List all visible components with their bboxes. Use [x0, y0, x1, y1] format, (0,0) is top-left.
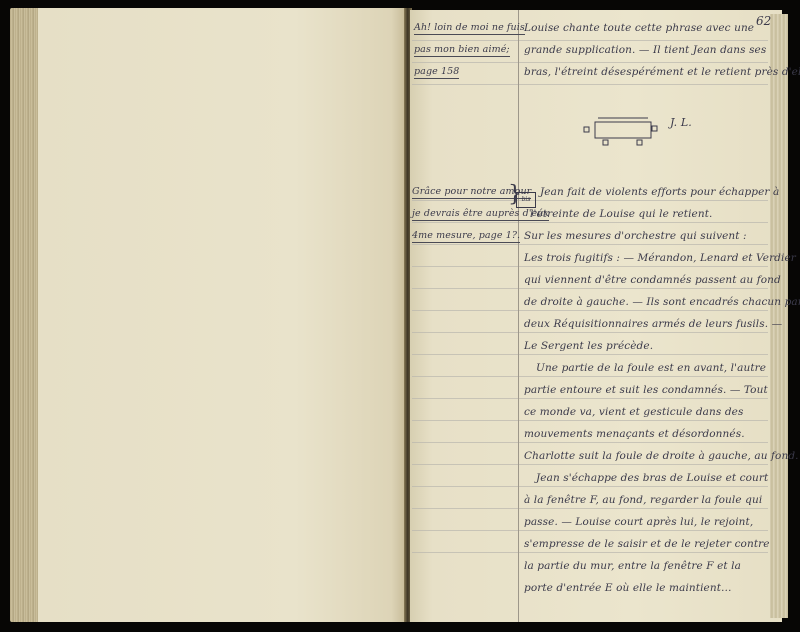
text-line: de droite à gauche. — Ils sont encadrés …: [524, 296, 800, 308]
text-line: à la fenêtre F, au fond, regarder la fou…: [524, 494, 762, 506]
left-page-stack-edges: [10, 8, 40, 622]
ruled-line: [412, 222, 768, 223]
margin-note-line: page 158: [414, 66, 459, 79]
ruled-line: [412, 40, 768, 41]
ruled-line: [412, 200, 768, 201]
text-line: Une partie de la foule est en avant, l'a…: [536, 362, 766, 374]
right-page-stack-edges: [770, 14, 788, 618]
ruled-line: [412, 376, 768, 377]
open-book: 62 Ah! loin de moi ne fuis pas mon bien …: [0, 0, 800, 632]
ruled-line: [412, 398, 768, 399]
ruled-line: [412, 464, 768, 465]
text-line: s'empresse de le saisir et de le rejeter…: [524, 538, 770, 550]
ruled-line: [412, 442, 768, 443]
ruled-line: [412, 266, 768, 267]
text-line: passe. — Louise court après lui, le rejo…: [524, 516, 753, 528]
left-page-blank: [38, 8, 406, 622]
ruled-line: [412, 310, 768, 311]
text-line: Les trois fugitifs : — Mérandon, Lenard …: [524, 252, 796, 264]
text-line: qui viennent d'être condamnés passent au…: [524, 274, 781, 286]
text-line: ce monde va, vient et gesticule dans des: [524, 406, 743, 418]
ruled-line: [412, 332, 768, 333]
ruled-line: [412, 62, 768, 63]
ruled-line: [412, 288, 768, 289]
ruled-line: [412, 420, 768, 421]
ruled-line: [412, 84, 768, 85]
ruled-line: [412, 508, 768, 509]
text-line: Jean s'échappe des bras de Louise et cou…: [536, 472, 768, 484]
margin-note-line: Ah! loin de moi ne fuis: [414, 22, 525, 35]
ruled-line: [412, 354, 768, 355]
diagram-label: J. L.: [670, 116, 692, 129]
text-line: grande supplication. — Il tient Jean dan…: [524, 44, 766, 56]
text-line: porte d'entrée E où elle le maintient…: [524, 582, 732, 594]
margin-note-line: je devrais être auprès d'eux: [412, 208, 549, 221]
text-line: Jean fait de violents efforts pour échap…: [540, 186, 779, 198]
text-line: Louise chante toute cette phrase avec un…: [524, 22, 754, 34]
text-line: mouvements menaçants et désordonnés.: [524, 428, 745, 440]
ruled-line: [412, 552, 768, 553]
margin-note-line: pas mon bien aimé;: [414, 44, 510, 57]
page-number: 62: [756, 14, 771, 28]
ruled-line: [412, 486, 768, 487]
text-line: Charlotte suit la foule de droite à gauc…: [524, 450, 799, 462]
text-line: Sur les mesures d'orchestre qui suivent …: [524, 230, 747, 242]
bis-label: bis: [516, 192, 536, 208]
margin-note-line: 4me mesure, page 1?.: [412, 230, 520, 243]
text-line: bras, l'étreint désespérément et le reti…: [524, 66, 800, 78]
text-line: deux Réquisitionnaires armés de leurs fu…: [524, 318, 782, 330]
text-line: Le Sergent les précède.: [524, 340, 653, 352]
ruled-line: [412, 530, 768, 531]
text-line: l'étreinte de Louise qui le retient.: [530, 208, 712, 220]
ruled-line: [412, 244, 768, 245]
text-line: partie entoure et suit les condamnés. — …: [524, 384, 768, 396]
text-line: la partie du mur, entre la fenêtre F et …: [524, 560, 741, 572]
margin-line: [518, 10, 519, 622]
